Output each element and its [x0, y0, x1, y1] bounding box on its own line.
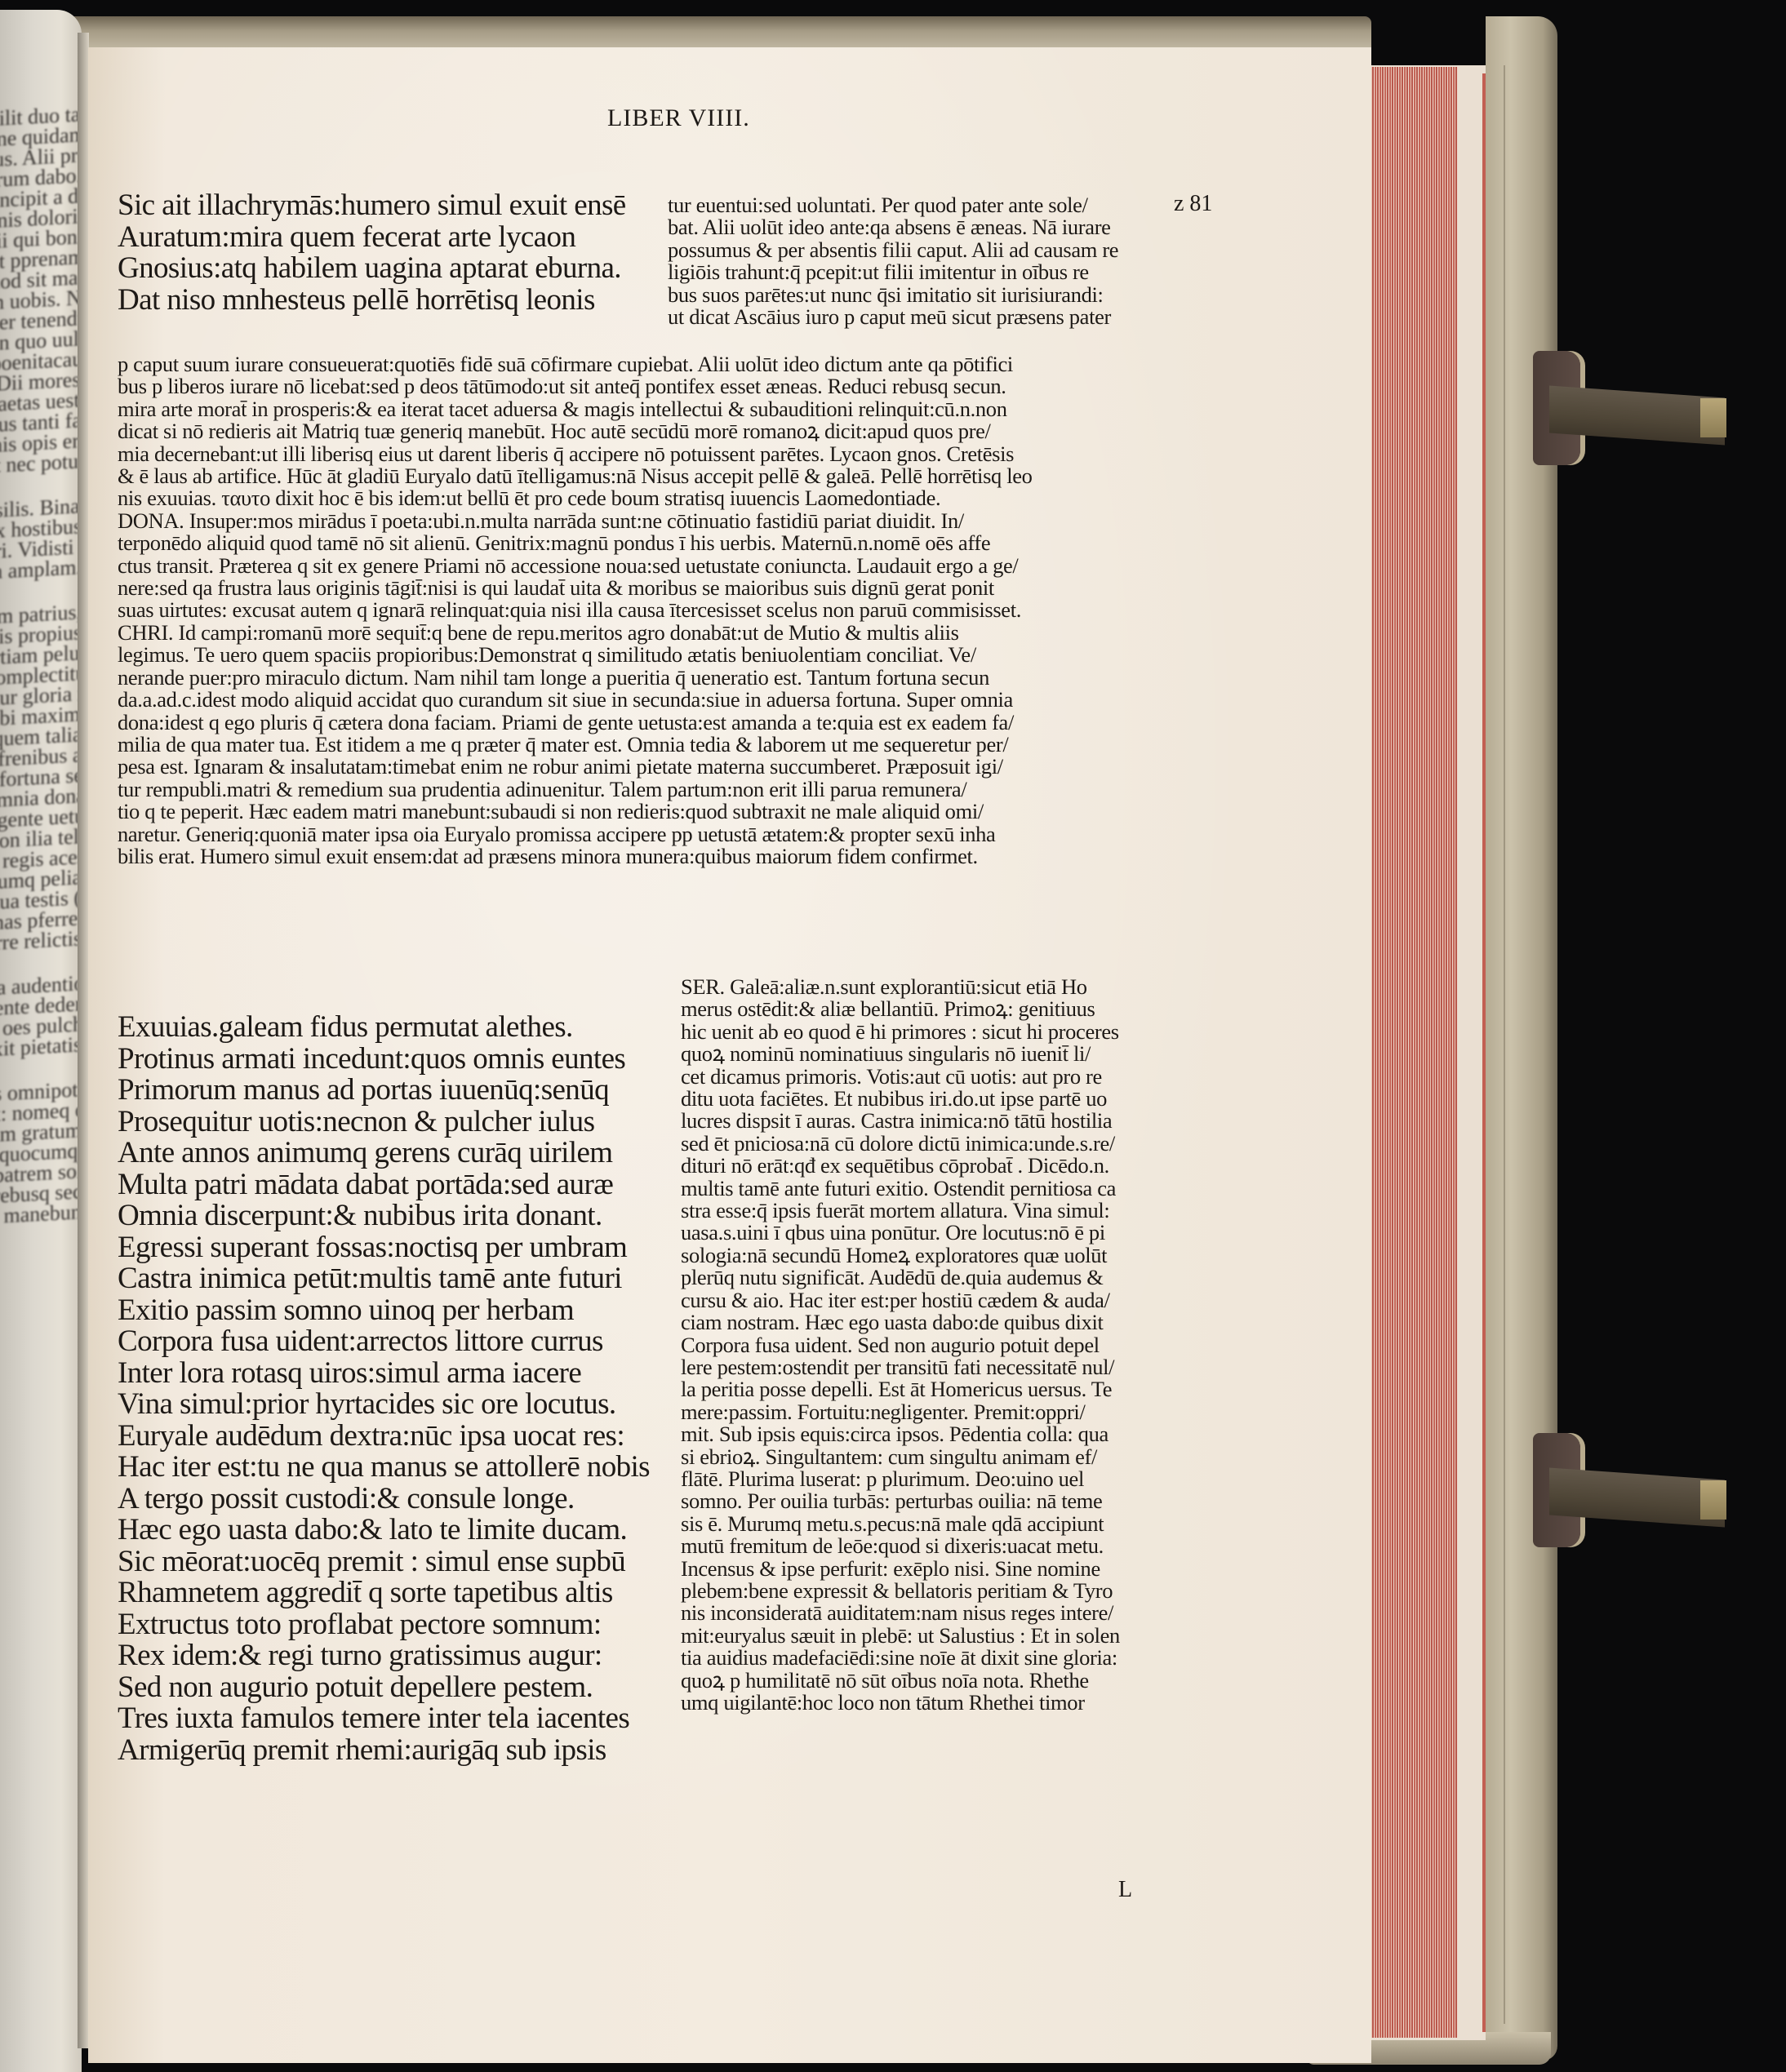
commentary-line: naretur. Generiq:quoniā mater ipsa oia E…	[118, 823, 1033, 845]
verse-line: Prosequitur uotis:necnon & pulcher iulus	[118, 1107, 650, 1138]
commentary-line: flātē. Plurima luserat: p plurimum. Deo:…	[681, 1468, 1120, 1490]
commentary-line: sis ē. Murumq metu.s.pecus:nā male qdā a…	[681, 1513, 1120, 1535]
commentary-line: ciam nostram. Hæc ego uasta dabo:de quib…	[681, 1311, 1120, 1333]
commentary-line: somno. Per ouilia turbās: perturbas ouil…	[681, 1490, 1120, 1512]
commentary-line: plerūq nutu significāt. Audēdū de.quia a…	[681, 1267, 1120, 1289]
verse-line: A tergo possit custodi:& consule longe.	[118, 1484, 650, 1515]
commentary-line: Incensus & ipse perfurit: exēplo nisi. S…	[681, 1558, 1120, 1580]
commentary-line: tia auidius madefaciēdi:sine noīe āt dix…	[681, 1647, 1120, 1669]
commentary-top-right: tur euentui:sed uoluntati. Per quod pate…	[668, 194, 1118, 328]
verse-line: Exitio passim somno uinoq per herbam	[118, 1295, 650, 1327]
commentary-line: dona:idest q ego pluris q̄ cætera dona f…	[118, 712, 1033, 734]
verse-line: Sic ait illachrymās:humero simul exuit e…	[118, 190, 626, 222]
verse-block-top: Sic ait illachrymās:humero simul exuit e…	[118, 190, 626, 316]
commentary-line: quoꝝ nominū nominatiuus singularis nō iu…	[681, 1043, 1120, 1065]
commentary-line: uasa.s.uini ī qbus uina ponūtur. Ore loc…	[681, 1222, 1120, 1244]
commentary-line: cursu & aio. Hac iter est:per hostiū cæd…	[681, 1289, 1120, 1311]
commentary-line: mia decernebant:ut illi liberisq eius ut…	[118, 443, 1033, 465]
commentary-line: stra esse:q̄ ipsis fuerāt mortem allatur…	[681, 1200, 1120, 1222]
commentary-line: ditu uota faciētes. Et nubibus iri.do.ut…	[681, 1088, 1120, 1110]
commentary-line: lere pestem:ostendit per transitū fati n…	[681, 1356, 1120, 1378]
verse-line: Gnosius:atq habilem uagina aptarat eburn…	[118, 253, 626, 285]
verse-line: Auratum:mira quem fecerat arte lycaon	[118, 222, 626, 254]
commentary-line: si ebrioꝝ. Singultantem: cum singultu an…	[681, 1446, 1120, 1468]
commentary-line: da.a.ad.c.idest modo aliquid accidat quo…	[118, 689, 1033, 711]
commentary-line: sed ēt pniciosa:nā cū dolore dictū inimi…	[681, 1133, 1120, 1155]
commentary-line: legimus. Te uero quem spaciis propioribu…	[118, 644, 1033, 666]
verse-line: Hac iter est:tu ne qua manus se attoller…	[118, 1452, 650, 1484]
commentary-line: mutū fremitum de leōe:quod si dixeris:ua…	[681, 1535, 1120, 1557]
commentary-line: nis exuuias. ταυτο dixit hoc ē bis idem:…	[118, 487, 1033, 509]
recto-page: LIBER VIIII. z 81 Sic ait illachrymās:hu…	[88, 47, 1371, 2063]
commentary-line: ligiōis trahunt:q̄ pcepit:ut filii imite…	[668, 261, 1118, 283]
commentary-line: multis tamē ante futuri exitio. Ostendit…	[681, 1178, 1120, 1200]
verse-block-bottom: Exuuias.galeam fidus permutat alethes.Pr…	[118, 1012, 650, 1766]
commentary-line: mit:euryalus sæuit in plebē: ut Salustiu…	[681, 1625, 1120, 1647]
commentary-line: dicat si nō redieris ait Matriq tuæ gene…	[118, 420, 1033, 442]
verse-line: Castra inimica petūt:multis tamē ante fu…	[118, 1263, 650, 1295]
commentary-line: la peritia posse depelli. Est āt Homeric…	[681, 1378, 1120, 1400]
commentary-line: CHRI. Id campi:romanū morē sequit̄:q ben…	[118, 622, 1033, 644]
verse-line: Extructus toto proflabat pectore somnum:	[118, 1609, 650, 1641]
verse-line: Ante annos animumq gerens curāq uirilem	[118, 1138, 650, 1169]
verse-line: Tres iuxta famulos temere inter tela iac…	[118, 1703, 650, 1735]
commentary-line: bus p liberos iurare nō licebat:sed p de…	[118, 375, 1033, 397]
running-header: LIBER VIIII.	[607, 104, 750, 132]
verse-line: Corpora fusa uident:arrectos littore cur…	[118, 1326, 650, 1358]
commentary-line: DONA. Insuper:mos mirādus ī poeta:ubi.n.…	[118, 510, 1033, 532]
commentary-line: Corpora fusa uident. Sed non augurio pot…	[681, 1334, 1120, 1356]
verse-line: Sic mēorat:uocēq premit : simul ense sup…	[118, 1546, 650, 1578]
commentary-line: p caput suum iurare consueuerat:quotiēs …	[118, 353, 1033, 375]
commentary-line: ut dicat Ascāius iuro p caput meū sicut …	[668, 306, 1118, 328]
commentary-line: bat. Alii uolūt ideo ante:qa absens ē æn…	[668, 216, 1118, 238]
gutter-shadow	[78, 33, 89, 2048]
commentary-line: sologia:nā secundū Homeꝝ exploratores qu…	[681, 1245, 1120, 1267]
clasp-brass-tip-icon	[1700, 1480, 1726, 1520]
commentary-line: bilis erat. Humero simul exuit ensem:dat…	[118, 845, 1033, 867]
commentary-line: mira arte morat̄ in prosperis:& ea itera…	[118, 398, 1033, 420]
folio-number: z 81	[1174, 191, 1212, 217]
lower-clasp[interactable]	[1533, 1466, 1737, 1526]
verse-line: Rex idem:& regi turno gratissimus augur:	[118, 1640, 650, 1672]
commentary-line: plebem:bene expressit & bellatoris perit…	[681, 1580, 1120, 1602]
commentary-line: & ē laus ab artifice. Hūc āt gladiū Eury…	[118, 465, 1033, 487]
commentary-line: nis inconsideratā auiditatem:nam nisus r…	[681, 1602, 1120, 1624]
commentary-line: possumus & per absentis filii caput. Ali…	[668, 239, 1118, 261]
red-edge-outer-line	[1482, 73, 1486, 2032]
commentary-line: ctus transit. Præterea q sit ex genere P…	[118, 555, 1033, 577]
commentary-bottom-right: SER. Galeā:aliæ.n.sunt explorantiū:sicut…	[681, 976, 1120, 1714]
verse-line: Rhamnetem aggredit̄ q sorte tapetibus al…	[118, 1577, 650, 1609]
verse-line: Primorum manus ad portas iuuenūq:senūq	[118, 1075, 650, 1107]
commentary-line: bus suos parētes:ut nunc q̄si imitatio s…	[668, 284, 1118, 306]
commentary-line: tur rempubli.matri & remedium sua pruden…	[118, 779, 1033, 801]
commentary-line: umq uigilantē:hoc loco non tātum Rhethei…	[681, 1692, 1120, 1714]
commentary-line: nerande puer:pro miraculo dictum. Nam ni…	[118, 667, 1033, 689]
commentary-line: hic uenit ab eo quod ē hi primores : sic…	[681, 1021, 1120, 1043]
commentary-line: milia de qua mater tua. Est itidem a me …	[118, 734, 1033, 756]
commentary-line: quoꝝ p humilitatē nō sūt oībus noīa nota…	[681, 1670, 1120, 1692]
commentary-line: pesa est. Ignaram & insalutatam:timebat …	[118, 756, 1033, 778]
commentary-line: tur euentui:sed uoluntati. Per quod pate…	[668, 194, 1118, 216]
commentary-line: nere:sed qa frustra laus originis tāgit̄…	[118, 577, 1033, 599]
verse-line: Sed non augurio potuit depellere pestem.	[118, 1672, 650, 1704]
verse-line: Hæc ego uasta dabo:& lato te limite duca…	[118, 1515, 650, 1546]
commentary-line: lucres dispsit ī auras. Castra inimica:n…	[681, 1110, 1120, 1132]
clasp-brass-tip-icon	[1700, 398, 1726, 437]
commentary-full-width: p caput suum iurare consueuerat:quotiēs …	[118, 353, 1033, 867]
commentary-line: suas uirtutes: excusat autem q ignarā re…	[118, 599, 1033, 621]
commentary-line: dituri nō erāt:qđ ex sequētibus cōprobat…	[681, 1155, 1120, 1177]
signature-mark: L	[1118, 1877, 1132, 1903]
commentary-line: mit. Sub ipsis equis:circa ipsos. Pēdent…	[681, 1423, 1120, 1445]
commentary-line: tio q te peperit. Hæc eadem matri manebu…	[118, 801, 1033, 823]
left-page-line: generiq manebunt	[0, 1201, 82, 1229]
upper-clasp[interactable]	[1533, 384, 1737, 444]
verse-line: Armigerūq premit rhemi:aurigāq sub ipsis	[118, 1735, 650, 1767]
verse-line: Protinus armati incedunt:quos omnis eunt…	[118, 1044, 650, 1076]
left-page-text: epit inuilit duo talentacum bene quidam …	[0, 104, 82, 1229]
left-page: epit inuilit duo talentacum bene quidam …	[0, 10, 82, 2072]
vellum-cover-fore-edge	[1486, 16, 1557, 2061]
verse-line: Inter lora rotasq uiros:simul arma iacer…	[118, 1358, 650, 1390]
red-stained-page-edges	[1370, 67, 1458, 2038]
commentary-line: terponēdo aliquid quod tamē nō sit alien…	[118, 532, 1033, 554]
commentary-line: mere:passim. Fortuitu:negligenter. Premi…	[681, 1401, 1120, 1423]
verse-line: Dat niso mnhesteus pellē horrētisq leoni…	[118, 285, 626, 317]
verse-line: Vina simul:prior hyrtacides sic ore locu…	[118, 1389, 650, 1421]
verse-line: Egressi superant fossas:noctisq per umbr…	[118, 1232, 650, 1264]
verse-line: Euryale audēdum dextra:nūc ipsa uocat re…	[118, 1421, 650, 1453]
verse-line: Omnia discerpunt:& nubibus irita donant.	[118, 1200, 650, 1232]
verse-line: Multa patri mādata dabat portāda:sed aur…	[118, 1169, 650, 1201]
verse-line: Exuuias.galeam fidus permutat alethes.	[118, 1012, 650, 1044]
commentary-line: merus ostēdit:& aliæ bellantiū. Primoꝝ: …	[681, 998, 1120, 1020]
commentary-line: SER. Galeā:aliæ.n.sunt explorantiū:sicut…	[681, 976, 1120, 998]
commentary-line: cet dicamus primoris. Votis:aut cū uotis…	[681, 1066, 1120, 1088]
